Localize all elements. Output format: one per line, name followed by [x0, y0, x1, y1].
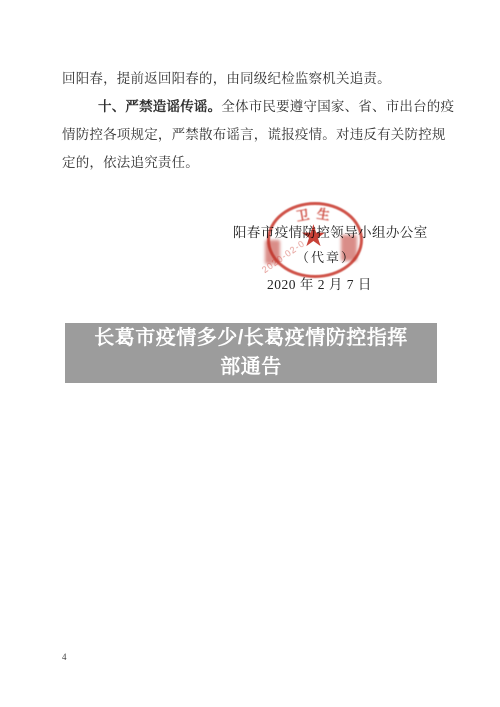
document-page: 回阳春，提前返回阳春的，由同级纪检监察机关追责。 十、严禁造谣传谣。全体市民要遵… [0, 0, 500, 707]
official-seal: 卫 生 ★ 2020-02-0 [267, 202, 363, 278]
body-line-text: 全体市民要遵守国家、省、市出台的疫 [221, 99, 454, 114]
headline-line: 部通告 [65, 353, 437, 382]
body-line: 十、严禁造谣传谣。全体市民要遵守国家、省、市出台的疫 [62, 93, 440, 121]
headline-banner: 长葛市疫情多少/长葛疫情防控指挥 部通告 [65, 323, 437, 383]
body-line: 定的，依法追究责任。 [62, 149, 440, 177]
page-number: 4 [62, 652, 67, 662]
body-line: 情防控各项规定，严禁散布谣言，谎报疫情。对违反有关防控规 [62, 121, 440, 149]
headline-line: 长葛市疫情多少/长葛疫情防控指挥 [65, 324, 437, 353]
issue-date: 2020 年 2 月 7 日 [267, 277, 372, 293]
body-line: 回阳春，提前返回阳春的，由同级纪检监察机关追责。 [62, 65, 440, 93]
clause-heading: 十、严禁造谣传谣。 [98, 99, 221, 114]
notice-body: 回阳春，提前返回阳春的，由同级纪检监察机关追责。 十、严禁造谣传谣。全体市民要遵… [62, 65, 440, 177]
seal-right-mark-icon [341, 235, 357, 261]
